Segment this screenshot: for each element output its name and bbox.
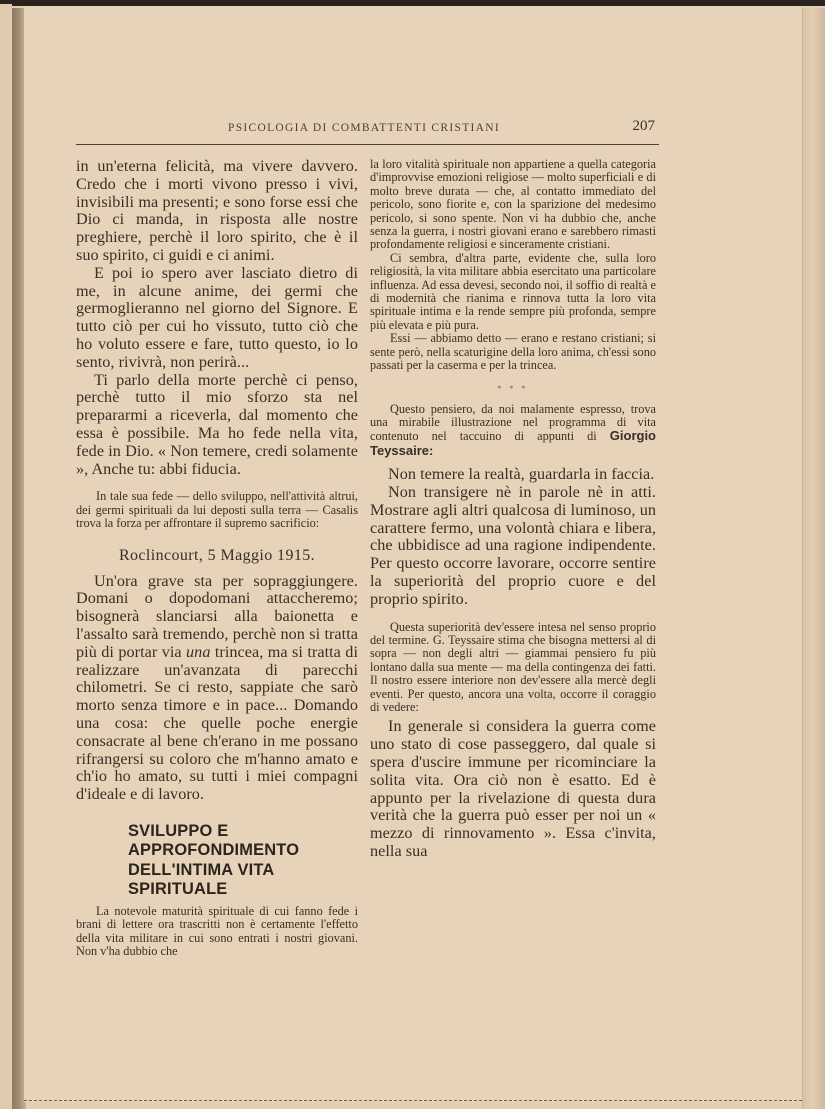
- left-page-edge: [0, 4, 12, 1109]
- commentary-paragraph: Essi — abbiamo detto — erano e restano c…: [370, 332, 656, 372]
- letter-paragraph: E poi io spero aver lasciato dietro di m…: [76, 265, 358, 372]
- left-column: in un'eterna felicità, ma vivere davvero…: [76, 158, 358, 959]
- emphasized-word: una: [186, 643, 210, 661]
- right-page-edges: [802, 8, 825, 1109]
- section-heading: SVILUPPO E APPROFONDIMENTO DELL'INTIMA V…: [128, 822, 358, 900]
- commentary-paragraph: la loro vitalità spirituale non appartie…: [370, 158, 656, 252]
- page-number: 207: [633, 118, 656, 135]
- letter-paragraph: Ti parlo della morte perchè ci penso, pe…: [76, 372, 358, 479]
- commentary-paragraph: Ci sembra, d'altra parte, evidente che, …: [370, 252, 656, 332]
- commentary-paragraph: Questa superiorità dev'essere intesa nel…: [370, 621, 656, 715]
- quoted-paragraph: Non transigere nè in parole nè in atti. …: [370, 484, 656, 609]
- quoted-paragraph: In generale si considera la guerra come …: [370, 718, 656, 860]
- page-bottom-edge: [24, 1100, 802, 1102]
- commentary-paragraph: La notevole maturità spirituale di cui f…: [76, 905, 358, 959]
- running-header: PSICOLOGIA DI COMBATTENTI CRISTIANI 207: [76, 118, 659, 145]
- section-separator: * * *: [370, 384, 656, 393]
- letter-paragraph: Un'ora grave sta per sopraggiungere. Dom…: [76, 573, 358, 804]
- commentary-paragraph: Questo pensiero, da noi malamente espres…: [370, 403, 656, 459]
- right-column: la loro vitalità spirituale non appartie…: [370, 158, 656, 861]
- letter-text: trincea, ma si tratta di realizzare un'a…: [76, 643, 358, 803]
- quoted-paragraph: Non temere la realtà, guardarla in facci…: [370, 466, 656, 484]
- letter-dateline: Roclincourt, 5 Maggio 1915.: [76, 547, 358, 565]
- letter-paragraph: in un'eterna felicità, ma vivere davvero…: [76, 158, 358, 265]
- running-title: PSICOLOGIA DI COMBATTENTI CRISTIANI: [228, 122, 500, 134]
- commentary-paragraph: In tale sua fede — dello sviluppo, nell'…: [76, 490, 358, 530]
